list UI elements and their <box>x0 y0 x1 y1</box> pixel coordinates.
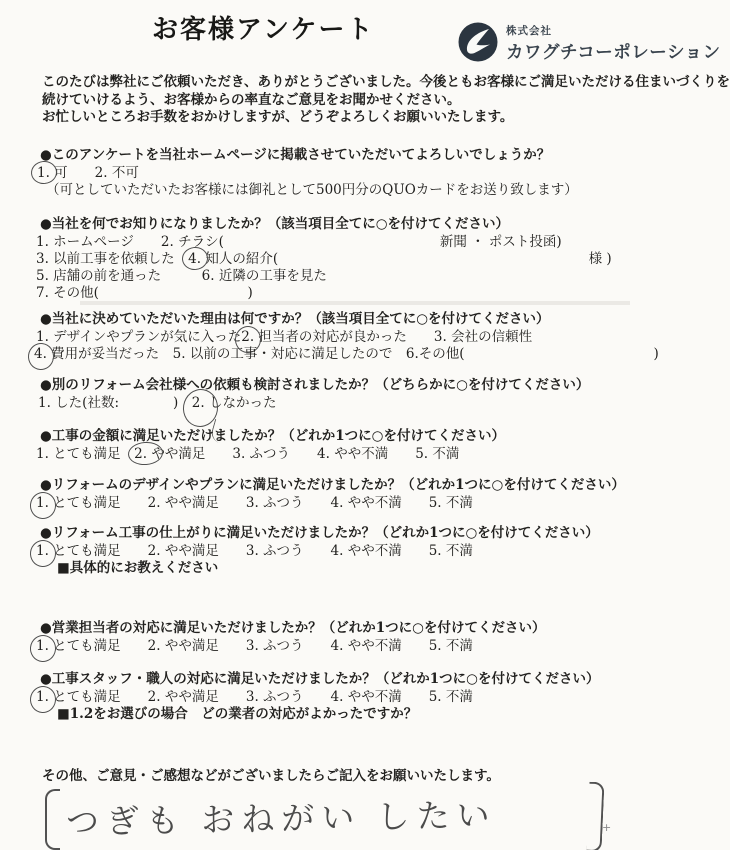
option-text: とても満足 2. やや満足 3. ふつう 4. やや不満 5. 不満 <box>49 638 473 654</box>
q7-finish-sub-prompt: ■具体的にお教えください <box>57 560 218 576</box>
handwritten-circle-mark-q8: 1. <box>36 638 49 654</box>
scanned-survey-page: お客様アンケート 株式会社 カワグチコーポレーション このたびは弊社にご依頼いた… <box>0 0 730 850</box>
q6-design-question: ●リフォームのデザインやプランに満足いただけましたか？（どれか1つに○を付けてく… <box>40 477 625 493</box>
plus-mark: + <box>602 821 611 834</box>
handwritten-right-bracket <box>586 782 604 850</box>
q7-finish-options: 1. とても満足 2. やや満足 3. ふつう 4. やや不満 5. 不満 <box>36 543 473 559</box>
option-text: とても満足 2. やや満足 3. ふつう 4. やや不満 5. 不満 <box>49 543 473 559</box>
q9-staff-options: 1. とても満足 2. やや満足 3. ふつう 4. やや不満 5. 不満 <box>36 689 473 705</box>
option-text: 知人の紹介( 様 ) <box>201 251 612 267</box>
q2-source-line1: 1. ホームページ 2. チラシ( 新聞 ・ ポスト投函) <box>36 234 562 250</box>
page-title: お客様アンケート <box>152 22 374 38</box>
scan-smudge <box>80 301 630 305</box>
company-logo-icon <box>458 22 498 62</box>
circled-option-number: 1. <box>36 543 49 559</box>
handwritten-circle-mark-q5: 2. <box>134 446 147 462</box>
footer-prompt: その他、ご意見・ご感想などがございましたらご記入をお願いいたします。 <box>42 768 500 784</box>
circled-option-number: 1. <box>37 165 50 181</box>
q5-price-question: ●工事の金額に満足いただけましたか？（どれか1つに○を付けてください） <box>40 428 505 444</box>
circled-option-number: 4. <box>34 346 47 362</box>
q4-competitors-options: 1. した(社数: ) 2. しなかった <box>38 395 276 411</box>
handwritten-circle-mark-q7: 1. <box>36 543 49 559</box>
q8-sales-options: 1. とても満足 2. やや満足 3. ふつう 4. やや不満 5. 不満 <box>36 638 473 654</box>
q4-competitors-question: ●別のリフォーム会社様への依頼も検討されましたか？（どちらかに○を付けてください… <box>40 377 589 393</box>
q3-reason-line1: 1. デザインやプランが気に入った2. 担当者の対応が良かった 3. 会社の信頼… <box>36 329 532 345</box>
handwritten-comment: つぎも おねがい したい <box>66 789 497 844</box>
circled-option-number: 1. <box>36 689 49 705</box>
q3-reason-question: ●当社に決めていただいた理由は何ですか？（該当項目全てに○を付けてください） <box>40 311 550 327</box>
q1-publish-question: ●このアンケートを当社ホームページに掲載させていただいてよろしいでしょうか？ <box>40 147 550 163</box>
option-text: 費用が妥当だった 5. 以前の工事・対応に満足したので 6.その他( ) <box>47 346 659 362</box>
q9-staff-question: ●工事スタッフ・職人の対応に満足いただけましたか？（どれか1つに○を付けてくださ… <box>40 671 599 687</box>
option-text: 担当者の対応が良かった 3. 会社の信頼性 <box>254 329 532 345</box>
intro-line-2: 続けていけるよう、お客様からの率直なご意見をお聞かせください。 <box>42 92 461 108</box>
q1-publish-note: （可としていただいたお客様には御礼として500円分のQUOカードをお送り致します… <box>46 182 578 198</box>
option-text: 1. とても満足 <box>36 446 134 462</box>
handwritten-circle-mark-q3a: 2. <box>241 329 254 345</box>
option-text: 1. デザインやプランが気に入った <box>36 329 241 345</box>
circled-option-number: 1. <box>36 495 49 511</box>
q2-source-line3: 5. 店舗の前を通った 6. 近隣の工事を見た <box>36 268 327 284</box>
circled-option-number: 2. <box>134 446 147 462</box>
circled-option-number: 4. <box>188 251 201 267</box>
circled-option-number: 2. <box>192 395 205 411</box>
intro-line-3: お忙しいところお手数をおかけしますが、どうぞよろしくお願いいたします。 <box>42 109 513 125</box>
handwritten-left-bracket <box>45 789 60 850</box>
q8-sales-question: ●営業担当者の対応に満足いただけましたか？（どれか1つに○を付けてください） <box>40 620 545 636</box>
company-prefix: 株式会社 <box>506 23 721 38</box>
q9-staff-sub-prompt: ■1.2をお選びの場合 どの業者の対応がよかったですか？ <box>57 706 417 722</box>
intro-line-1: このたびは弊社にご依頼いただき、ありがとうございました。今後ともお客様にご満足い… <box>42 74 730 90</box>
handwritten-circle-mark-q1: 1. <box>37 165 50 181</box>
q7-finish-question: ●リフォーム工事の仕上がりに満足いただけましたか？（どれか1つに○を付けてくださ… <box>40 525 599 541</box>
handwritten-circle-mark-q9: 1. <box>36 689 49 705</box>
option-text: 可 2. 不可 <box>50 165 139 181</box>
q1-publish-options: 1. 可 2. 不可 <box>37 165 139 181</box>
company-name: カワグチコーポレーション <box>506 39 721 64</box>
q2-source-question: ●当社を何でお知りになりましたか？（該当項目全てに○を付けてください） <box>40 216 509 232</box>
handwritten-circle-mark-q3b: 4. <box>34 346 47 362</box>
handwritten-circle-mark-q4: 2. <box>192 395 205 411</box>
circled-option-number: 1. <box>36 638 49 654</box>
circled-option-number: 2. <box>241 329 254 345</box>
q3-reason-line2: 4. 費用が妥当だった 5. 以前の工事・対応に満足したので 6.その他( ) <box>34 346 659 362</box>
option-text: 1. した(社数: ) <box>38 395 192 411</box>
option-text: とても満足 2. やや満足 3. ふつう 4. やや不満 5. 不満 <box>49 689 473 705</box>
q2-source-line2: 3. 以前工事を依頼した 4. 知人の紹介( 様 ) <box>36 251 612 267</box>
option-text: 3. 以前工事を依頼した <box>36 251 188 267</box>
option-text: とても満足 2. やや満足 3. ふつう 4. やや不満 5. 不満 <box>49 495 473 511</box>
company-logo: 株式会社 カワグチコーポレーション <box>458 22 721 64</box>
handwritten-circle-mark-q2: 4. <box>188 251 201 267</box>
handwritten-circle-mark-q6: 1. <box>36 495 49 511</box>
q2-source-line4: 7. その他( ) <box>36 285 253 301</box>
company-logo-text: 株式会社 カワグチコーポレーション <box>506 22 721 64</box>
option-text: やや満足 3. ふつう 4. やや不満 5. 不満 <box>147 446 459 462</box>
q6-design-options: 1. とても満足 2. やや満足 3. ふつう 4. やや不満 5. 不満 <box>36 495 473 511</box>
q5-price-options: 1. とても満足 2. やや満足 3. ふつう 4. やや不満 5. 不満 <box>36 446 459 462</box>
